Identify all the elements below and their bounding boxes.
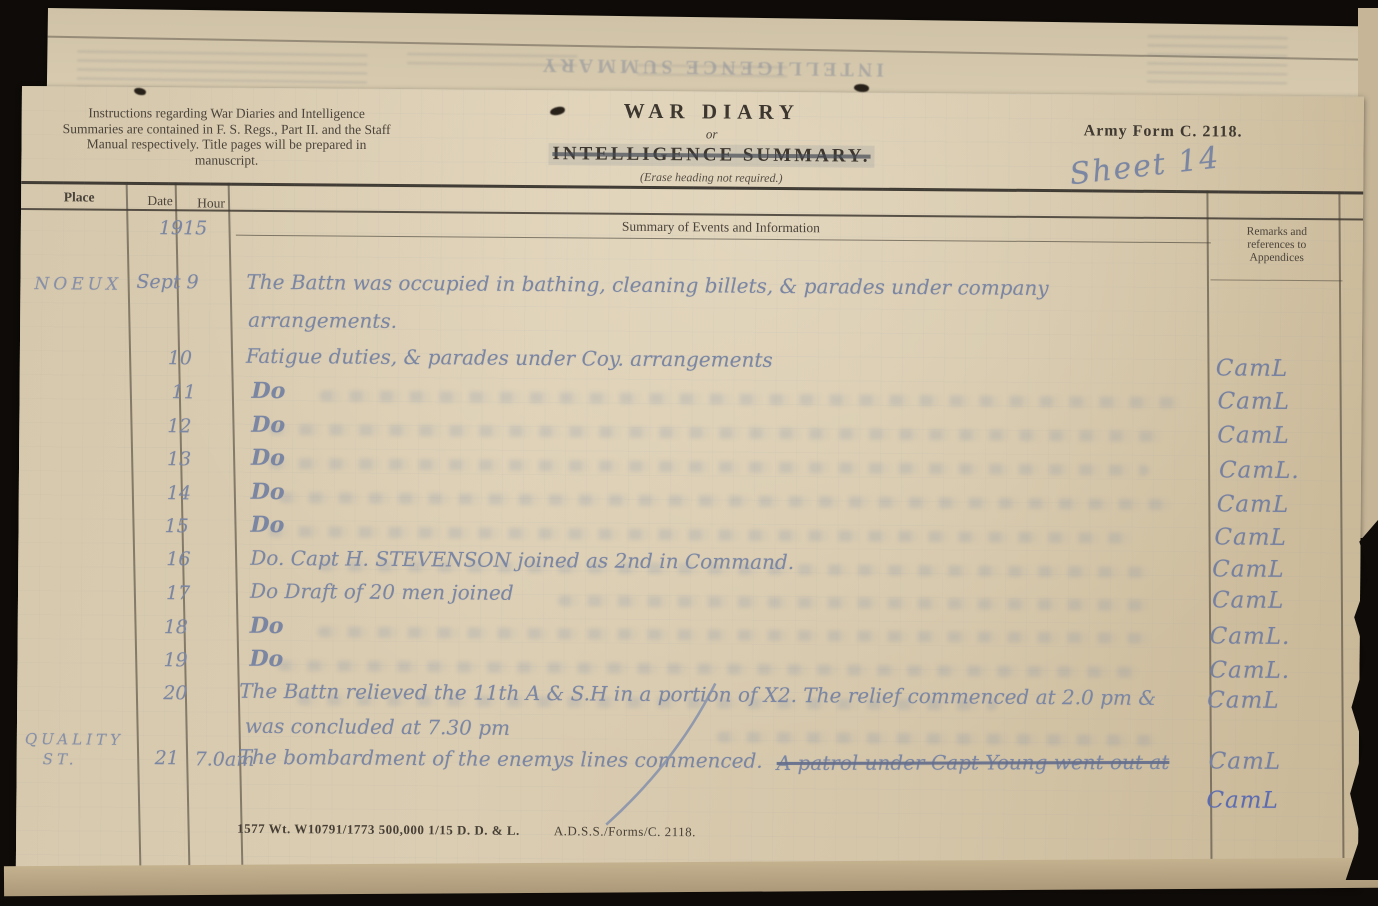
col-divider-summary-remarks [1206, 190, 1212, 880]
col-header-hour: Hour [184, 195, 238, 211]
col-header-remarks: Remarks and references to Appendices [1212, 225, 1342, 265]
entry-text-cont: was concluded at 7.30 pm [245, 714, 510, 740]
remark-initials-extra: CamL [1206, 787, 1279, 814]
entry-date: 15 [164, 515, 188, 537]
col-header-place: Place [39, 189, 119, 206]
entry-text: Do [251, 412, 285, 438]
entry-date: 19 [163, 649, 187, 671]
col-header-summary: Summary of Events and Information [491, 218, 951, 238]
form-title-block: WAR DIARY or INTELLIGENCE SUMMARY. (Eras… [521, 98, 902, 187]
remark-initials: CamL. [1210, 623, 1291, 650]
bleed-through-line [269, 424, 1169, 442]
summary-header-underrule [236, 235, 1211, 244]
army-form-number: Army Form C. 2118. [1084, 122, 1243, 141]
bleed-through-line [717, 731, 1157, 745]
form-instructions: Instructions regarding War Diaries and I… [62, 105, 392, 168]
col-divider-remarks-edge [1338, 191, 1344, 881]
entry-date: 16 [166, 548, 190, 570]
place-noeux: NOEUX [34, 274, 122, 295]
form-erase-note: (Erase heading not required.) [521, 169, 901, 187]
entry-date: 17 [166, 582, 190, 604]
bleed-through-line [318, 626, 1158, 644]
entry-text: Fatigue duties, & parades under Coy. arr… [246, 344, 773, 372]
bleed-through-line [320, 390, 1180, 408]
form-title-intelligence-summary: INTELLIGENCE SUMMARY. [548, 143, 874, 168]
entry-date: 13 [167, 448, 191, 470]
entry-date: 10 [168, 347, 192, 369]
entry-text: Do [250, 512, 284, 538]
diary-page: Instructions regarding War Diaries and I… [16, 86, 1364, 887]
bleed-through-line [269, 458, 1149, 476]
entry-date: 11 [172, 381, 196, 403]
imprint-left: 1577 Wt. W10791/1773 500,000 1/15 D. D. … [237, 821, 520, 838]
bleed-through-line [558, 595, 1158, 611]
entry-date: 21 [155, 747, 179, 769]
entry-text: Do Draft of 20 men joined [250, 579, 514, 605]
entry-text-kept: The bombardment of the enemys lines comm… [239, 745, 763, 773]
entry-text: Do [251, 479, 285, 505]
bleed-through-line [277, 660, 1137, 678]
entry-date: 20 [163, 682, 187, 704]
remarks-header-underrule [1211, 279, 1343, 281]
remark-initials: CamL [1209, 748, 1282, 775]
war-diary-scan: { "ghost": { "title": "INTELLIGENCE SUMM… [0, 0, 1378, 906]
col-header-date: Date [135, 193, 185, 209]
entry-text: Do [252, 378, 286, 404]
entry-text-cont: arrangements. [248, 308, 397, 333]
entry-text: Do. Capt H. STEVENSON joined as 2nd in C… [250, 546, 794, 574]
remark-initials: CamL. [1219, 457, 1300, 484]
entry-date: 12 [167, 415, 191, 437]
imprint-right: A.D.S.S./Forms/C. 2118. [554, 823, 696, 839]
form-title-war-diary: WAR DIARY [522, 98, 902, 126]
entry-text: Do [251, 445, 285, 471]
remark-initials: CamL [1214, 524, 1287, 551]
bleed-through-line [268, 526, 1138, 544]
entry-text: The Battn was occupied in bathing, clean… [246, 270, 1048, 300]
remark-initials: CamL [1217, 491, 1290, 518]
sheet-number-handwritten: Sheet 14 [1068, 140, 1222, 192]
printer-imprint: 1577 Wt. W10791/1773 500,000 1/15 D. D. … [237, 821, 696, 841]
entry-year: 1915 [159, 217, 208, 239]
entry-text-struck-out: A patrol under Capt Young went out at [777, 750, 1170, 775]
entry-date: Sept 9 [136, 271, 198, 293]
entry-text: Do [250, 613, 284, 639]
remark-initials: CamL [1212, 556, 1285, 583]
remark-initials: CamL [1217, 388, 1290, 415]
entry-text: The bombardment of the enemys lines comm… [239, 745, 1170, 776]
remark-initials: CamL [1216, 355, 1289, 382]
remark-initials: CamL [1217, 422, 1290, 449]
bleed-through-line [279, 492, 1179, 510]
entry-date: 14 [167, 482, 191, 504]
place-quality-st: QUALITY [25, 730, 124, 749]
remark-initials: CamL. [1209, 657, 1290, 684]
remark-initials: CamL [1207, 687, 1280, 714]
entry-date: 18 [164, 616, 188, 638]
entry-text: Do [249, 646, 283, 672]
remark-initials: CamL [1212, 587, 1285, 614]
place-quality-st-2: ST. [43, 750, 78, 768]
